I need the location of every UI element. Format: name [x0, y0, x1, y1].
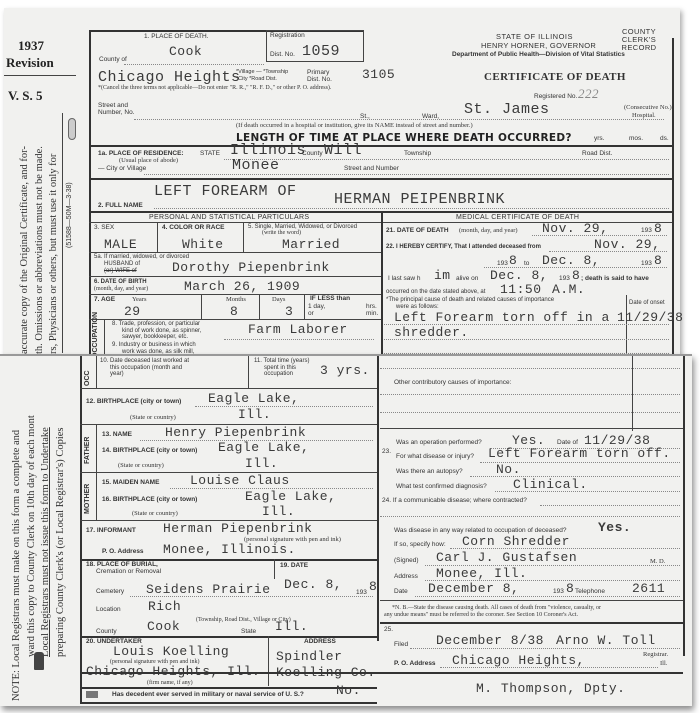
underline [130, 596, 373, 597]
divider [89, 145, 672, 147]
county-label: County of [99, 57, 127, 64]
po-address-label: P. O. Address [102, 549, 144, 556]
divider [80, 687, 377, 689]
underline [144, 174, 669, 175]
registrar-name: Arno W. Toll [556, 634, 656, 647]
date-of-death-sublabel: (month, day, and year) [459, 228, 518, 235]
filing-state: Ill. [660, 661, 667, 668]
for-what-value: Left Forearm torn off. [488, 447, 671, 460]
cell-divider [626, 295, 627, 360]
age-months: 8 [230, 305, 238, 318]
cause-line-1: Left Forearm torn off in a [394, 311, 610, 324]
dob-sublabel: (month, day, and year) [94, 286, 148, 292]
birthplace-state-label: (State or country) [130, 415, 176, 422]
occurred-label: occurred on the date stated above, at [386, 289, 485, 295]
form-code: V. S. 5 [8, 88, 42, 104]
divider [380, 428, 683, 429]
underline [224, 159, 669, 160]
burial-state: Ill. [275, 620, 308, 633]
communicable-label: 24. If a communicable disease; where con… [382, 498, 527, 505]
column-divider [381, 211, 383, 360]
divider [89, 178, 672, 180]
certificate-title: CERTIFICATE OF DEATH [484, 72, 626, 83]
physician-address-label: Address [394, 574, 418, 581]
test-value: Clinical. [513, 478, 588, 491]
months-label: Months [226, 297, 246, 304]
time-of-death: 11:50 [500, 283, 542, 296]
operation-label: Was an operation performed? [396, 440, 482, 447]
road-dist-label: Road Dist. [582, 151, 612, 158]
dob-value: March 26, 1909 [184, 280, 300, 293]
age-label: 7. AGE [94, 297, 115, 304]
age-years: 29 [124, 305, 141, 318]
date-of-death: Nov. 29, [542, 222, 608, 235]
city-options-line2: *City *Road Dist. [236, 77, 277, 83]
date-of-death-label: 21. DATE OF DEATH [386, 228, 449, 235]
primary-dist-label: Dist. No. [307, 77, 332, 84]
signed-date-label: Date [394, 589, 408, 596]
underline [410, 648, 680, 649]
race-label: 4. COLOR OR RACE [162, 225, 224, 232]
margin-rule [62, 113, 63, 353]
residence-county: Will [324, 143, 362, 158]
residence-city: Monee [232, 158, 280, 173]
primary-dist-no: 3105 [362, 68, 395, 81]
time-suffix: A.M. [552, 283, 585, 296]
mother-side-label: MOTHER [84, 484, 91, 514]
underline [224, 339, 374, 340]
underline [450, 548, 680, 549]
father-name: Henry Piepenbrink [165, 426, 306, 439]
revision-label: Revision [6, 55, 54, 71]
divider [89, 319, 381, 320]
cell-divider [259, 294, 260, 319]
residence-state: Illinois [230, 143, 306, 158]
burial-county: Cook [147, 620, 180, 633]
informant-label: 17. INFORMANT [86, 528, 136, 535]
autopsy-value: No. [496, 463, 521, 476]
medical-header: MEDICAL CERTIFICATE OF DEATH [456, 214, 579, 221]
underline [495, 491, 680, 492]
father-birthplace-label: 14. BIRTHPLACE (city or town) [102, 448, 197, 455]
cell-divider [304, 294, 305, 319]
city-value: Chicago Heights [98, 70, 241, 85]
underline [124, 64, 264, 65]
governor: HENRY HORNER, GOVERNOR [481, 42, 596, 50]
registered-no: 222 [578, 87, 599, 100]
divider [89, 276, 381, 277]
underline [540, 505, 680, 506]
alive-on-label: alive on [456, 276, 478, 283]
spouse-value: Dorothy Piepenbrink [172, 261, 330, 274]
registration-dist-no: 1059 [302, 44, 340, 59]
maiden-name-label: 15. MAIDEN NAME [102, 480, 159, 487]
filed-label: Filed [394, 642, 408, 649]
trade-value: Farm Laborer [248, 323, 348, 336]
specify-value: Corn Shredder [462, 535, 570, 548]
min-label: min. [366, 311, 378, 318]
burial-state-label: State [241, 629, 256, 636]
race-value: White [182, 238, 224, 251]
divider [380, 622, 683, 624]
burial-date: Dec. 8, [284, 578, 342, 591]
dob-label: 6. DATE OF BIRTH [94, 279, 147, 285]
year-digit: 8 [654, 222, 662, 235]
divider [89, 252, 381, 253]
attended-to: Dec. 8, [542, 254, 600, 267]
hospital-label: Hospital. [632, 113, 656, 120]
undertaker-address-label: ADDRESS [304, 639, 336, 646]
occupation-related-value: Yes. [598, 521, 631, 534]
last-saw-year: 8 [572, 269, 580, 282]
cemetery-label: Cemetery [96, 589, 124, 596]
last-saw-pronoun: im [434, 269, 451, 282]
father-side-label: FATHER [84, 437, 91, 464]
underline [440, 667, 658, 668]
underline [195, 406, 373, 407]
cause-line-2: shredder. [394, 326, 469, 339]
form-left-border [80, 356, 82, 704]
consecutive-label: (Consecutive No.) [624, 105, 672, 112]
underline [532, 235, 667, 236]
military-answer: No. [336, 684, 361, 697]
physician-address: Monee, Ill. [436, 567, 527, 580]
hospital-value: St. James [464, 102, 550, 117]
occupation-side-label-cont: OCC [84, 370, 91, 386]
undertaker-name: Louis Koelling [113, 645, 229, 658]
father-birthplace-city: Eagle Lake, [218, 441, 309, 454]
cemetery-value: Seidens Prairie [146, 583, 271, 596]
certificate-upper-sheet: 1937 Revision V. S. 5 accurate copy of t… [4, 8, 680, 360]
form-left-border [89, 30, 91, 360]
op-number: 23. [382, 449, 391, 456]
deputy: M. Thompson, Dpty. [476, 682, 625, 695]
other-causes-label: Other contributory causes of importance: [394, 380, 511, 387]
underline [380, 394, 680, 395]
township-label: Township [404, 151, 431, 158]
divider [80, 388, 377, 389]
total-time-label: 11. Total time (years) spent in this occ… [254, 358, 309, 378]
personal-header: PERSONAL AND STATISTICAL PARTICULARS [149, 214, 309, 221]
place-of-death-label: 1. PLACE OF DEATH. [144, 34, 209, 41]
birthplace-label: 12. BIRTHPLACE (city or town) [86, 399, 181, 406]
underline [380, 412, 680, 413]
cell-divider [248, 356, 249, 388]
certify-label: 22. I HEREBY CERTIFY, That I attended de… [386, 244, 541, 250]
attended-from-year: 8 [509, 254, 517, 267]
cell-divider [96, 424, 97, 472]
divider [80, 702, 377, 704]
father-state-label: (State or country) [118, 463, 164, 470]
column-divider [377, 356, 379, 641]
telephone-value: 2611 [632, 582, 665, 595]
city-options-line1: *Village — *Township [236, 70, 288, 76]
yrs-label: yrs. [594, 136, 604, 143]
divider [4, 75, 76, 76]
dist-no-label: Dist. No. [270, 52, 295, 59]
onset-date: 11/29/38 [617, 311, 683, 324]
father-birthplace-state: Ill. [245, 457, 278, 470]
cell-divider [274, 559, 275, 579]
trade-label: 8. Trade, profession, or particular kind… [112, 321, 201, 341]
mother-birthplace-state: Ill. [262, 505, 295, 518]
cell-divider [243, 222, 244, 252]
death-said-label: ; death is said to have [581, 276, 649, 283]
date-of-onset-label: Date of onset [629, 300, 665, 306]
city-or-village-label: — City or Village [98, 166, 146, 173]
certificate-lower-sheet: NOTE: Local Registrars must make on this… [0, 354, 692, 706]
sex-label: 3. SEX [94, 225, 114, 232]
informant-name: Herman Piepenbrink [163, 522, 312, 535]
years-label: Years [132, 297, 147, 304]
full-name-label: 2. FULL NAME [98, 203, 143, 210]
underline [384, 339, 669, 340]
mother-state-label: (State or country) [132, 511, 178, 518]
last-saw-label: I last saw h [388, 276, 421, 283]
cell-divider [157, 222, 158, 252]
filed-date: December 8/38 [436, 634, 544, 647]
location-label: Location [96, 607, 121, 614]
registered-no-label: Registered No. [534, 94, 577, 101]
mother-birthplace-city: Eagle Lake, [245, 490, 336, 503]
last-worked-label: 10. Date deceased last worked at this oc… [100, 358, 189, 378]
signed-date: December 8, [428, 582, 519, 595]
divider [80, 672, 683, 674]
revision-year: 1937 [18, 38, 44, 54]
registration-label: Registration [270, 33, 305, 40]
pointing-hand-icon [34, 652, 44, 670]
marital-sublabel: (write the word) [262, 230, 301, 236]
cause-label: *The principal cause of death and relate… [386, 297, 554, 303]
seal-icon [68, 118, 76, 140]
county-label-res: County [302, 151, 323, 158]
street-label: Street and Number, No. [98, 103, 138, 116]
for-what-label: For what disease or injury? [396, 454, 474, 461]
marital-value: Married [282, 238, 340, 251]
underline [549, 251, 667, 252]
undertaker-firm-note: (firm name, if any) [147, 680, 193, 686]
filing-po-address: Chicago Heights, [452, 654, 585, 667]
spouse-label-wife: (or) WIFE of [104, 268, 137, 274]
attended-from: Nov. 29, [594, 238, 660, 251]
cancel-note: *(Cancel the three terms not applicable—… [98, 85, 331, 91]
age-days: 3 [285, 305, 293, 318]
underline [415, 596, 680, 597]
burial-sublabel: Cremation or Removal [96, 569, 161, 576]
signed-year-prefix: 193 [553, 589, 564, 596]
test-label: What test confirmed diagnosis? [396, 484, 487, 491]
burial-year-digit: 8 [369, 580, 377, 593]
side-note-upper: accurate copy of the Original Certificat… [18, 114, 62, 354]
cell-divider [96, 472, 97, 520]
filing-po-label: P. O. Address [394, 661, 436, 668]
residence-sublabel: (Usual place of abode) [119, 158, 178, 165]
state-name: STATE OF ILLINOIS [496, 33, 573, 41]
record-type: COUNTY CLERK'S RECORD [614, 28, 664, 52]
total-time: 3 yrs. [320, 364, 370, 377]
county-value: Cook [169, 45, 202, 58]
street-number-label: Street and Number [344, 166, 399, 173]
burial-county-label: County [96, 629, 117, 636]
registrar-label: Registrar. [643, 652, 668, 659]
form-right-border [683, 356, 685, 656]
nb-line-1: *N. B.—State the disease causing death. … [392, 605, 601, 611]
underline [154, 208, 669, 209]
physician-name: Carl J. Gustafsen [436, 551, 577, 564]
maiden-name: Louise Claus [190, 474, 290, 487]
burial-date-label: 19. DATE [280, 563, 308, 570]
filing-number: 25. [384, 627, 393, 634]
undertaker-address-1: Spindler [276, 650, 342, 663]
last-saw-date: Dec. 8, [490, 269, 548, 282]
divider [380, 600, 683, 601]
telephone-label: Telephone [575, 589, 605, 596]
birthplace-city: Eagle Lake, [208, 392, 299, 405]
signed-year-digit: 8 [566, 582, 574, 595]
if-less-label: IF LESS than [310, 296, 350, 303]
or-label: or [308, 311, 314, 318]
cell-divider [201, 294, 202, 319]
underline [134, 119, 664, 120]
attended-to-year: 8 [654, 254, 662, 267]
underline [380, 368, 680, 369]
specify-label: If so, specify how: [394, 542, 446, 549]
birthplace-state: Ill. [238, 408, 271, 421]
hospital-note: (If death occurred in a hospital or inst… [236, 123, 473, 130]
autopsy-label: Was there an autopsy? [396, 469, 463, 476]
mother-birthplace-label: 16. BIRTHPLACE (city or town) [102, 497, 197, 504]
year-prefix: 193 [641, 228, 652, 235]
st-label: St., [360, 114, 370, 121]
sex-value: MALE [104, 238, 137, 251]
informant-address: Monee, Illinois. [163, 543, 296, 556]
cell-divider [96, 356, 97, 388]
pointing-hand-icon [86, 691, 98, 698]
underline [380, 516, 680, 517]
ds-label: ds. [660, 136, 669, 143]
occupation-side-label: OCCUPATION [92, 312, 99, 358]
full-name-prefix: LEFT FOREARM OF [154, 184, 297, 199]
full-name: HERMAN PEIPENBRINK [334, 192, 505, 207]
spouse-label-husband: HUSBAND of [104, 261, 140, 267]
ward-label: Ward, [422, 114, 439, 121]
nb-line-2: any undue means" must be referred to the… [384, 612, 578, 618]
print-code: (51588—50M—3-38) [66, 182, 73, 248]
state-label: STATE [200, 151, 220, 158]
mos-label: mos. [629, 136, 643, 143]
department: Department of Public Health—Division of … [452, 52, 625, 59]
military-label: Has decedent ever served in military or … [112, 692, 304, 699]
days-label: Days [272, 297, 285, 304]
signed-label: (Signed) [394, 558, 419, 565]
father-name-label: 13. NAME [102, 432, 132, 439]
location-value: Rich [148, 600, 181, 613]
cell-divider [268, 636, 269, 686]
